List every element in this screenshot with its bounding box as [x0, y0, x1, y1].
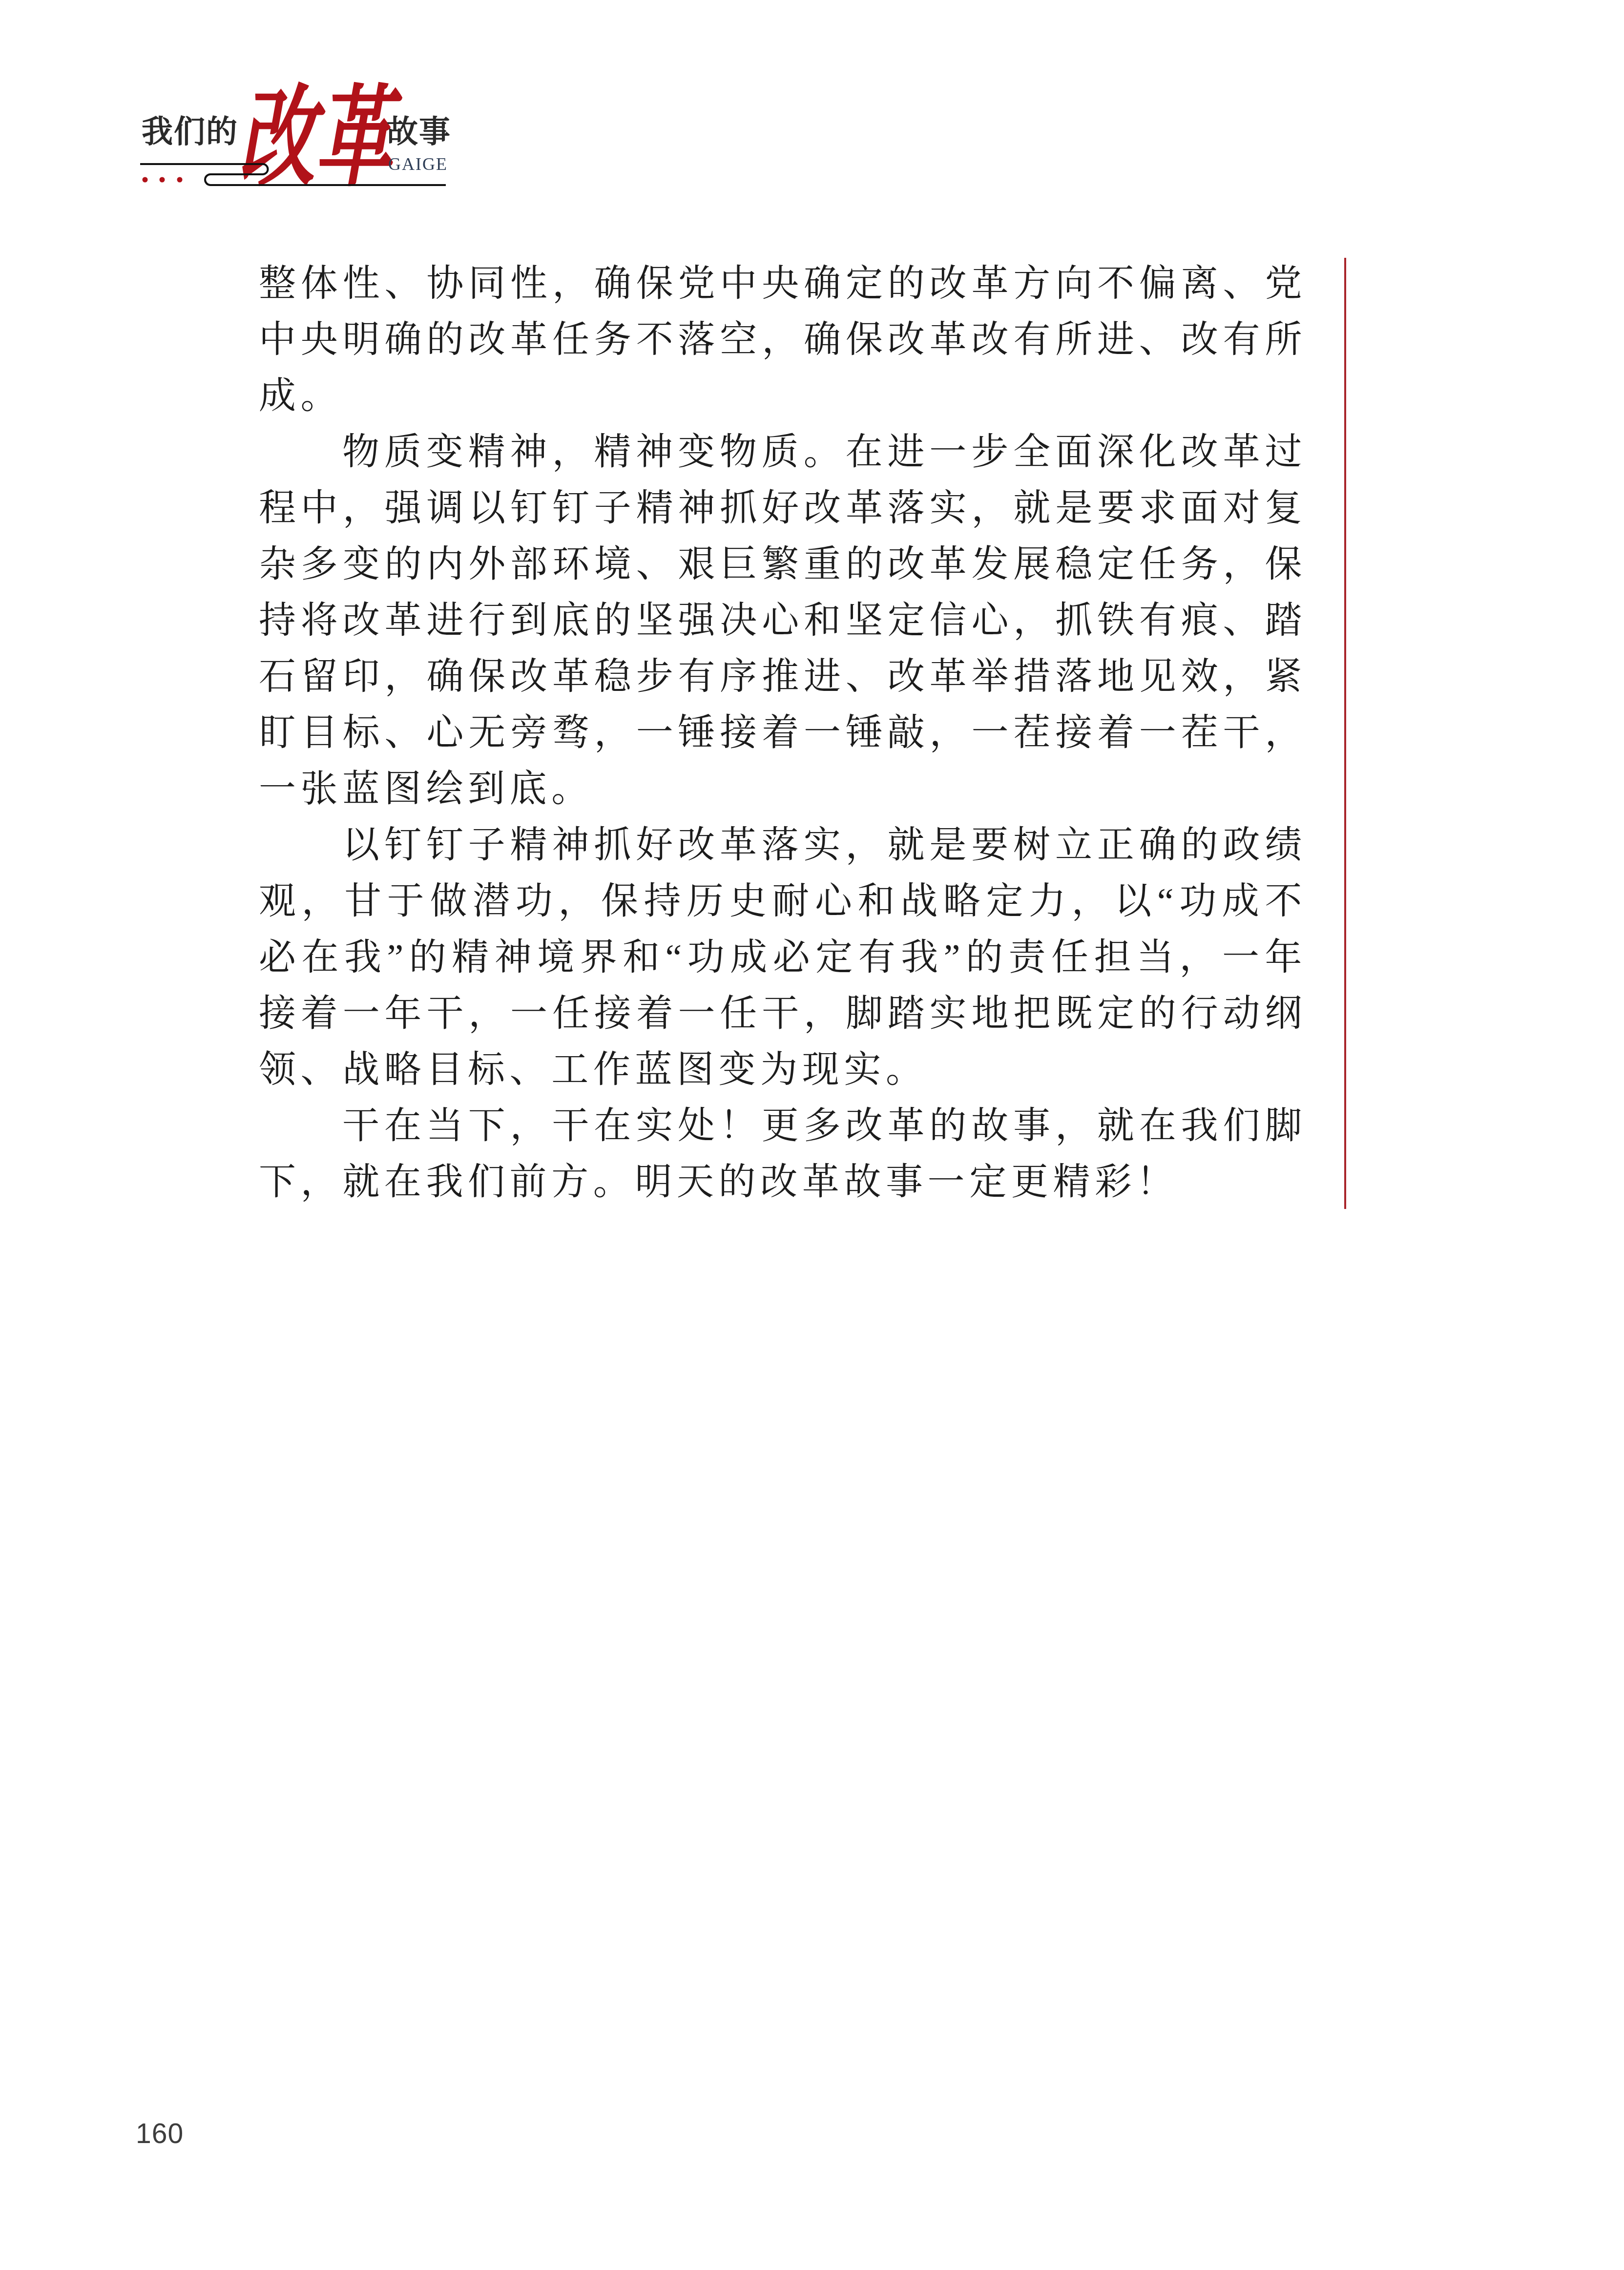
book-page: 我们的 改革 故事 GAIGE 整体性、协同性，确保党中央确定的改革方向不偏离、… [0, 0, 1624, 2270]
page-number: 160 [136, 2118, 184, 2150]
logo-text-gushi: 故事 [387, 116, 451, 147]
page-body-text: 整体性、协同性，确保党中央确定的改革方向不偏离、党中央明确的改革任务不落空，确保… [259, 256, 1307, 1210]
three-red-dots-icon [143, 177, 183, 183]
book-series-logo: 我们的 改革 故事 GAIGE [0, 0, 488, 273]
logo-text-women-de: 我们的 [142, 116, 238, 147]
paragraph-gan-zai-dangxia: 干在当下，干在实处！更多改革的故事，就在我们脚下，就在我们前方。明天的改革故事一… [259, 1098, 1307, 1210]
paragraph-wuzhi-bian-jingshen: 物质变精神，精神变物质。在进一步全面深化改革过程中，强调以钉钉子精神抓好改革落实… [259, 424, 1307, 817]
paragraph-continuation: 整体性、协同性，确保党中央确定的改革方向不偏离、党中央明确的改革任务不落空，确保… [259, 256, 1307, 424]
red-vertical-rule [1344, 258, 1346, 1209]
cloud-meander-line [140, 164, 446, 185]
paragraph-dingdingzi-jingshen: 以钉钉子精神抓好改革落实，就是要树立正确的政绩观，甘于做潜功，保持历史耐心和战略… [259, 817, 1307, 1098]
cloud-line-decoration-icon [138, 160, 448, 190]
